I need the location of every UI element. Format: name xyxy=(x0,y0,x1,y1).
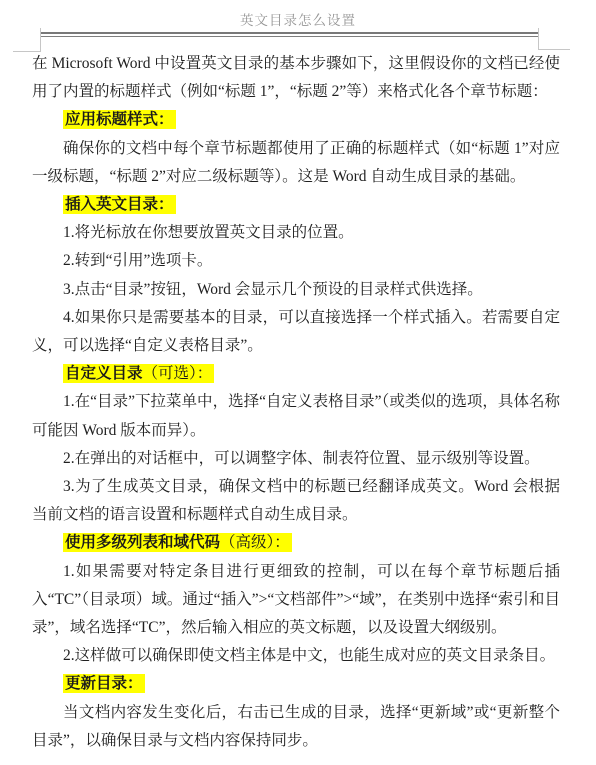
step-item[interactable]: 1.在“目录”下拉菜单中，选择“自定义表格目录”（或类似的选项，具体名称可能因 … xyxy=(32,388,560,444)
section-heading[interactable]: 更新目录： xyxy=(32,670,560,698)
highlight: 使用多级列表和域代码（高级）： xyxy=(63,533,292,552)
section-heading[interactable]: 插入英文目录： xyxy=(32,191,560,219)
highlight: 插入英文目录： xyxy=(63,195,176,214)
margin-mark-top-right xyxy=(538,28,539,50)
word-document-page: 英文目录怎么设置 在 Microsoft Word 中设置英文目录的基本步骤如下… xyxy=(0,0,596,765)
highlight: 自定义目录（可选）： xyxy=(63,364,214,383)
highlight: 应用标题样式： xyxy=(63,110,176,129)
step-item[interactable]: 1.将光标放在你想要放置英文目录的位置。 xyxy=(32,219,560,247)
section-heading[interactable]: 使用多级列表和域代码（高级）： xyxy=(32,529,560,557)
step-item[interactable]: 3.为了生成英文目录，确保文档中的标题已经翻译成英文。Word 会根据当前文档的… xyxy=(32,473,560,529)
margin-mark-top-left xyxy=(40,28,41,52)
step-item[interactable]: 4.如果你只是需要基本的目录，可以直接选择一个样式插入。若需要自定义，可以选择“… xyxy=(32,304,560,360)
paragraph[interactable]: 当文档内容发生变化后，右击已生成的目录，选择“更新域”或“更新整个目录”，以确保… xyxy=(32,699,560,755)
step-item[interactable]: 2.转到“引用”选项卡。 xyxy=(32,247,560,275)
intro-paragraph[interactable]: 在 Microsoft Word 中设置英文目录的基本步骤如下，这里假设你的文档… xyxy=(32,50,560,106)
document-text-area[interactable]: 在 Microsoft Word 中设置英文目录的基本步骤如下，这里假设你的文档… xyxy=(32,50,560,755)
header-double-rule xyxy=(40,32,538,37)
step-item[interactable]: 1.如果需要对特定条目进行更细致的控制，可以在每个章节标题后插入“TC”（目录项… xyxy=(32,558,560,643)
highlight: 更新目录： xyxy=(63,674,145,693)
step-item[interactable]: 3.点击“目录”按钮，Word 会显示几个预设的目录样式供选择。 xyxy=(32,276,560,304)
section-heading[interactable]: 自定义目录（可选）： xyxy=(32,360,560,388)
section-heading[interactable]: 应用标题样式： xyxy=(32,106,560,134)
step-item[interactable]: 2.在弹出的对话框中，可以调整字体、制表符位置、显示级别等设置。 xyxy=(32,445,560,473)
step-item[interactable]: 2.这样做可以确保即使文档主体是中文，也能生成对应的英文目录条目。 xyxy=(32,642,560,670)
paragraph[interactable]: 确保你的文档中每个章节标题都使用了正确的标题样式（如“标题 1”对应一级标题，“… xyxy=(32,135,560,191)
page-header-title: 英文目录怎么设置 xyxy=(0,9,596,29)
